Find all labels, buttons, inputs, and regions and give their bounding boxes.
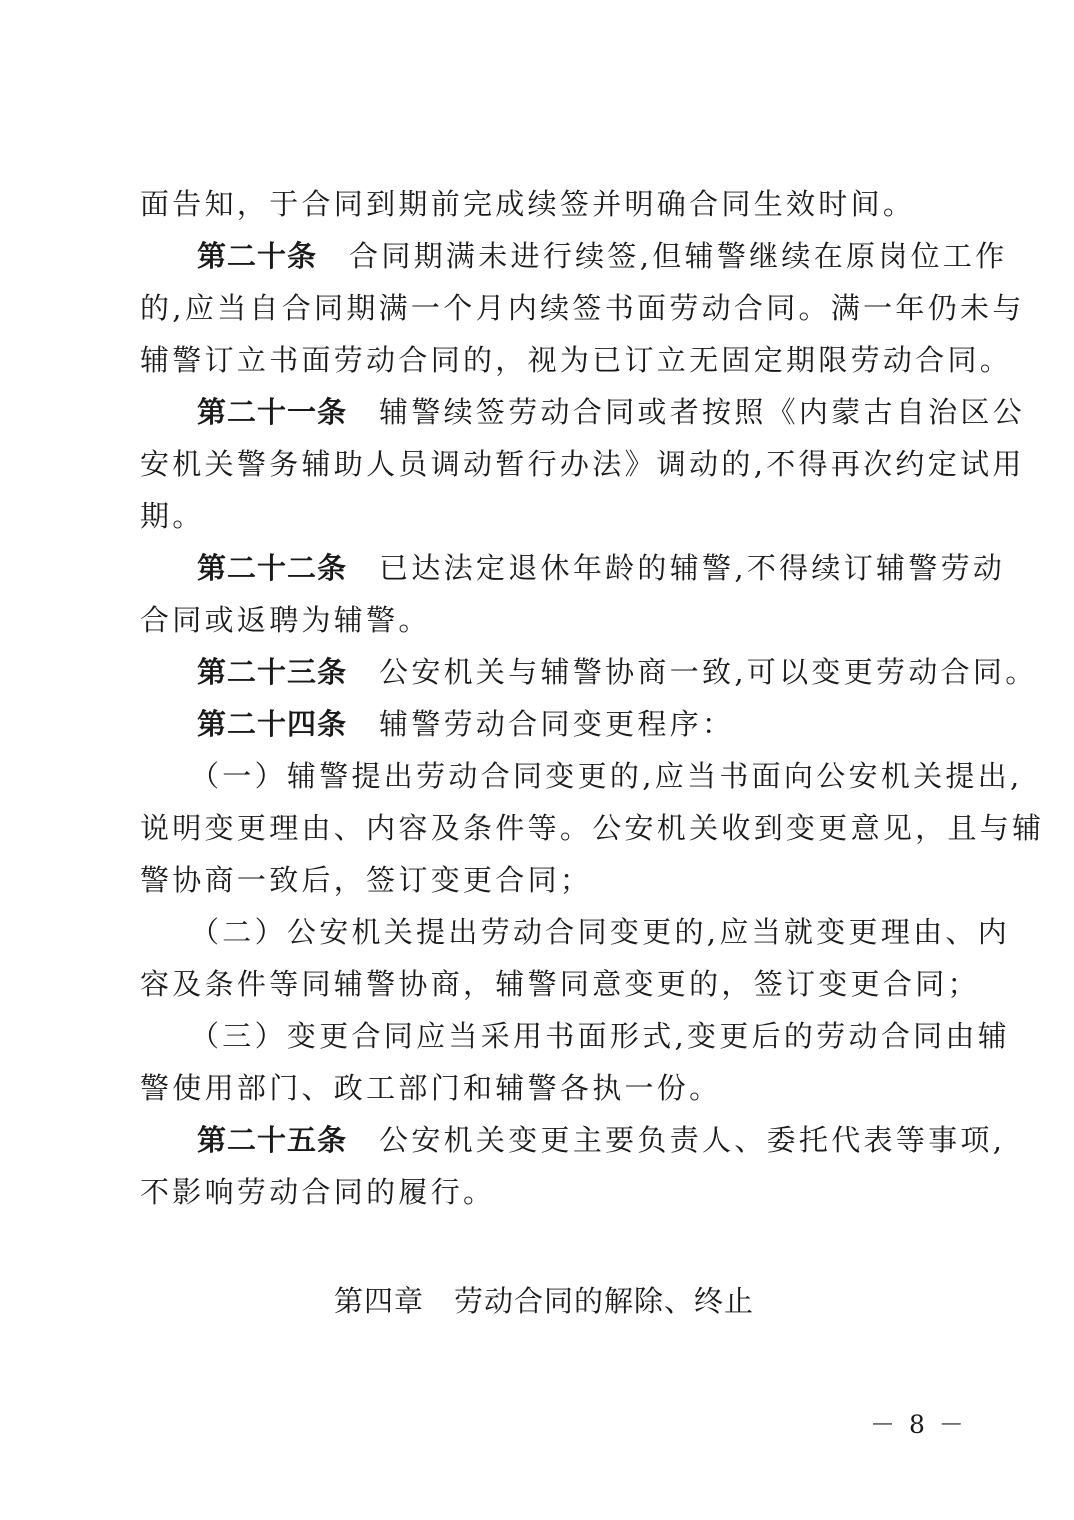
page-number: － 8 － (870, 1410, 967, 1440)
paragraph-line: 的,应当自合同期满一个月内续签书面劳动合同。满一年仍未与 (140, 290, 1025, 326)
article-24-line: 第二十四条辅警劳动合同变更程序： (197, 706, 734, 742)
paragraph-line: 辅警订立书面劳动合同的，视为已订立无固定期限劳动合同。 (140, 342, 1012, 378)
article-text: 辅警劳动合同变更程序： (379, 707, 734, 741)
paragraph-line: 合同或返聘为辅警。 (140, 602, 431, 638)
document-page: 面告知，于合同到期前完成续签并明确合同生效时间。 第二十条合同期满未进行续签,但… (0, 0, 1074, 1520)
article-heading: 第二十五条 (197, 1123, 347, 1157)
clause-3-line: （三）变更合同应当采用书面形式,变更后的劳动合同由辅 (190, 1018, 1010, 1054)
article-22-line: 第二十二条已达法定退休年龄的辅警,不得续订辅警劳动 (197, 550, 1005, 586)
paragraph-line: 期。 (140, 498, 205, 534)
article-20-line: 第二十条合同期满未进行续签,但辅警继续在原岗位工作 (197, 238, 1008, 274)
article-21-line: 第二十一条辅警续签劳动合同或者按照《内蒙古自治区公 (197, 394, 1025, 430)
article-text: 公安机关与辅警协商一致,可以变更劳动合同。 (379, 655, 1038, 689)
paragraph-line: 说明变更理由、内容及条件等。公安机关收到变更意见，且与辅 (140, 810, 1044, 846)
paragraph-line: 安机关警务辅助人员调动暂行办法》调动的,不得再次约定试用 (140, 446, 1025, 482)
paragraph-line: 容及条件等同辅警协商，辅警同意变更的，签订变更合同； (140, 966, 980, 1002)
article-heading: 第二十条 (197, 239, 317, 273)
article-text: 已达法定退休年龄的辅警,不得续订辅警劳动 (379, 551, 1005, 585)
article-heading: 第二十三条 (197, 655, 347, 689)
article-text: 辅警续签劳动合同或者按照《内蒙古自治区公 (379, 395, 1025, 429)
article-heading: 第二十一条 (197, 395, 347, 429)
chapter-heading: 第四章 劳动合同的解除、终止 (334, 1283, 754, 1319)
article-25-line: 第二十五条公安机关变更主要负责人、委托代表等事项, (197, 1122, 1005, 1158)
article-23-line: 第二十三条公安机关与辅警协商一致,可以变更劳动合同。 (197, 654, 1038, 690)
article-heading: 第二十二条 (197, 551, 347, 585)
paragraph-line: 警使用部门、政工部门和辅警各执一份。 (140, 1070, 721, 1106)
paragraph-line: 面告知，于合同到期前完成续签并明确合同生效时间。 (140, 186, 915, 222)
article-text: 合同期满未进行续签,但辅警继续在原岗位工作 (349, 239, 1008, 273)
article-text: 公安机关变更主要负责人、委托代表等事项, (379, 1123, 1005, 1157)
paragraph-line: 警协商一致后，签订变更合同； (140, 862, 592, 898)
clause-2-line: （二）公安机关提出劳动合同变更的,应当就变更理由、内 (190, 914, 1010, 950)
paragraph-line: 不影响劳动合同的履行。 (140, 1174, 495, 1210)
clause-1-line: （一）辅警提出劳动合同变更的,应当书面向公安机关提出, (190, 758, 1023, 794)
article-heading: 第二十四条 (197, 707, 347, 741)
